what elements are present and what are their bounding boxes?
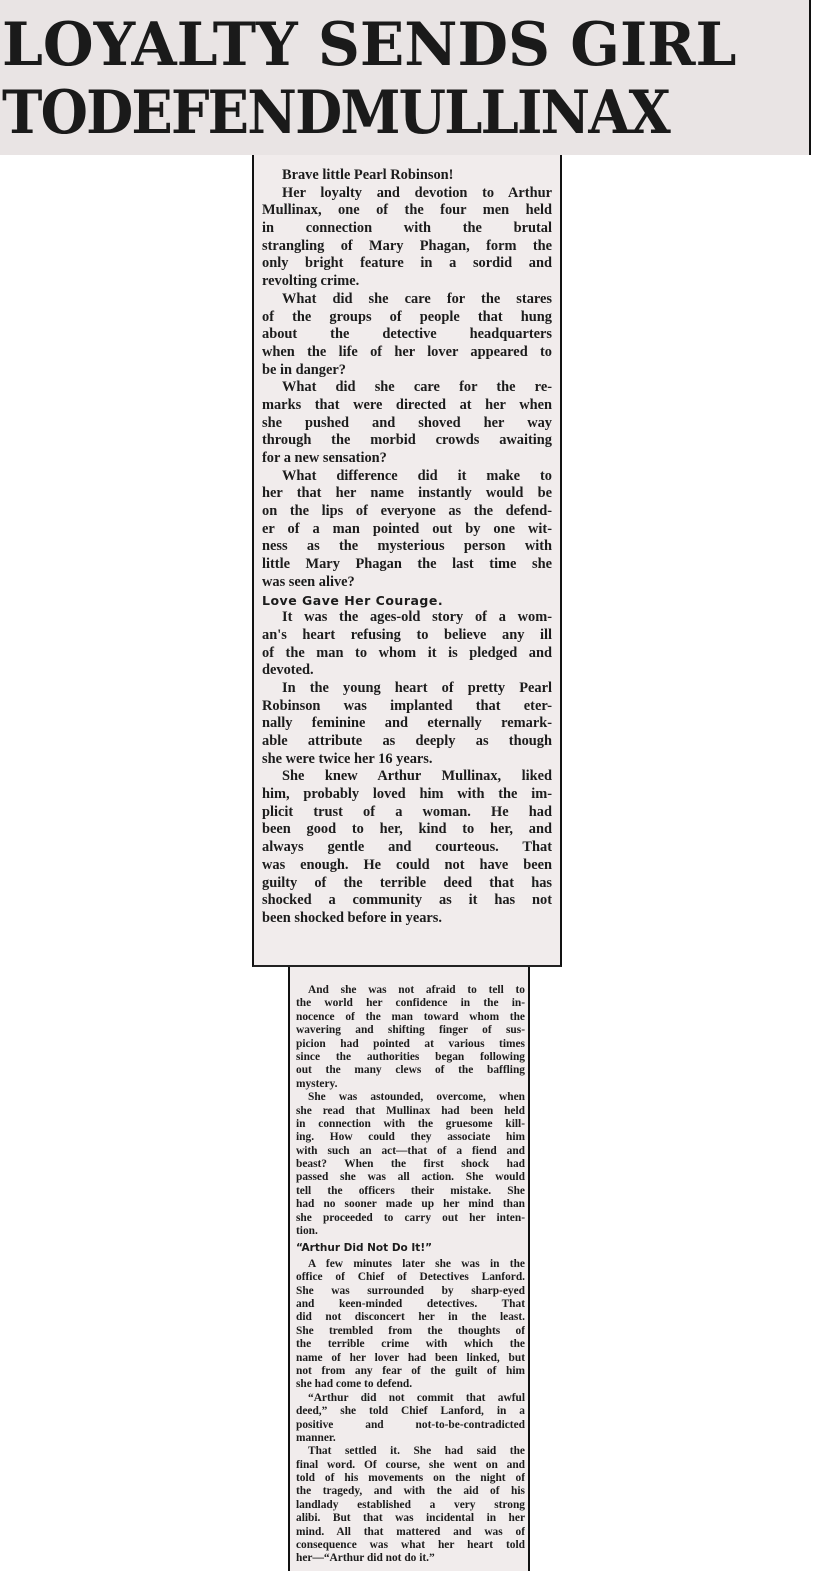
text-line: and keen-minded detectives. That (296, 1298, 525, 1311)
text-line: picion had pointed at various times (296, 1038, 525, 1051)
text-line: consequence was what her heart told (296, 1539, 525, 1552)
paragraph: It was the ages-old story of a wom-an's … (262, 609, 552, 680)
text-line: for a new sensation? (262, 450, 552, 468)
text-line: Brave little Pearl Robinson! (262, 167, 552, 185)
text-line: mystery. (296, 1078, 525, 1091)
article-column-2: And she was not afraid to tell tothe wor… (288, 967, 530, 1571)
text-line: strangling of Mary Phagan, form the (262, 238, 552, 256)
text-line: was seen alive? (262, 574, 552, 592)
text-line: about the detective headquarters (262, 326, 552, 344)
text-line: on the lips of everyone as the defend- (262, 503, 552, 521)
text-line: alibi. But that was incidental in her (296, 1512, 525, 1525)
text-line: deed,” she told Chief Lanford, in a (296, 1405, 525, 1418)
text-line: tell the officers their mistake. She (296, 1185, 525, 1198)
text-line: of the man to whom it is pledged and (262, 645, 552, 663)
text-line: “Arthur did not commit that awful (296, 1392, 525, 1405)
text-line: final word. Of course, she went on and (296, 1459, 525, 1472)
text-line: she read that Mullinax had been held (296, 1105, 525, 1118)
text-line: office of Chief of Detectives Lanford. (296, 1271, 525, 1284)
text-line: been good to her, kind to her, and (262, 821, 552, 839)
text-line: ness as the mysterious person with (262, 538, 552, 556)
text-line: It was the ages-old story of a wom- (262, 609, 552, 627)
text-line: him, probably loved him with the im- (262, 786, 552, 804)
paragraph: What did she care for the re-marks that … (262, 379, 552, 467)
text-line: been shocked before in years. (262, 910, 552, 928)
text-line: “Arthur Did Not Do It!” (296, 1242, 525, 1255)
paragraph: In the young heart of pretty PearlRobins… (262, 680, 552, 768)
text-line: nocence of the man toward whom the (296, 1011, 525, 1024)
text-line: her—“Arthur did not do it.” (296, 1552, 525, 1565)
text-line: she were twice her 16 years. (262, 751, 552, 769)
paragraph: And she was not afraid to tell tothe wor… (296, 984, 525, 1091)
article-column-1: Brave little Pearl Robinson!Her loyalty … (252, 155, 562, 967)
text-line: she had come to defend. (296, 1378, 525, 1391)
text-line: What did she care for the stares (262, 291, 552, 309)
text-line: in connection with the gruesome kill- (296, 1118, 525, 1131)
paragraph: She knew Arthur Mullinax, likedhim, prob… (262, 768, 552, 927)
text-line: Her loyalty and devotion to Arthur (262, 185, 552, 203)
paragraph: What did she care for the staresof the g… (262, 291, 552, 379)
text-line: in connection with the brutal (262, 220, 552, 238)
text-line: She knew Arthur Mullinax, liked (262, 768, 552, 786)
text-line: with such an act—that of a fiend and (296, 1145, 525, 1158)
text-line: mind. All that mattered and was of (296, 1526, 525, 1539)
text-line: the world her confidence in the in- (296, 997, 525, 1010)
text-line: tion. (296, 1225, 525, 1238)
text-line: be in danger? (262, 362, 552, 380)
text-line: revolting crime. (262, 273, 552, 291)
text-line: through the morbid crowds awaiting (262, 432, 552, 450)
text-line: nally feminine and eternally remark- (262, 715, 552, 733)
text-line: landlady established a very strong (296, 1499, 525, 1512)
text-line: marks that were directed at her when (262, 397, 552, 415)
text-line: little Mary Phagan the last time she (262, 556, 552, 574)
text-line: her that her name instantly would be (262, 485, 552, 503)
text-line: of the groups of people that hung (262, 309, 552, 327)
text-line: In the young heart of pretty Pearl (262, 680, 552, 698)
text-line: Robinson was implanted that eter- (262, 698, 552, 716)
text-line: always gentle and courteous. That (262, 839, 552, 857)
text-line: wavering and shifting finger of sus- (296, 1024, 525, 1037)
text-line: devoted. (262, 662, 552, 680)
text-line: an's heart refusing to believe any ill (262, 627, 552, 645)
text-line: positive and not-to-be-contradicted (296, 1419, 525, 1432)
text-line: had no sooner made up her mind than (296, 1198, 525, 1211)
text-line: able attribute as deeply as though (262, 733, 552, 751)
text-line: passed she was all action. She would (296, 1171, 525, 1184)
text-line: And she was not afraid to tell to (296, 984, 525, 997)
text-line: She was surrounded by sharp-eyed (296, 1285, 525, 1298)
text-line: ing. How could they associate him (296, 1131, 525, 1144)
text-line: Mullinax, one of the four men held (262, 202, 552, 220)
text-line: shocked a community as it has not (262, 892, 552, 910)
text-line: Love Gave Her Courage. (262, 592, 552, 610)
text-line: What did she care for the re- (262, 379, 552, 397)
text-line: She trembled from the thoughts of (296, 1325, 525, 1338)
paragraph: She was astounded, overcome, whenshe rea… (296, 1091, 525, 1238)
text-line: er of a man pointed out by one wit- (262, 521, 552, 539)
text-line: did not disconcert her in the least. (296, 1311, 525, 1324)
paragraph: That settled it. She had said thefinal w… (296, 1445, 525, 1566)
text-line: told of his movements on the night of (296, 1472, 525, 1485)
text-line: plicit trust of a woman. He had (262, 804, 552, 822)
text-line: the tragedy, and with the aid of his (296, 1485, 525, 1498)
text-line: She was astounded, overcome, when (296, 1091, 525, 1104)
text-line: out the many clews of the baffling (296, 1064, 525, 1077)
text-line: guilty of the terrible deed that has (262, 875, 552, 893)
text-line: she proceeded to carry out her inten- (296, 1212, 525, 1225)
text-line: was enough. He could not have been (262, 857, 552, 875)
text-line: What difference did it make to (262, 468, 552, 486)
paragraph: A few minutes later she was in theoffice… (296, 1258, 525, 1392)
text-line: since the authorities began following (296, 1051, 525, 1064)
text-line: only bright feature in a sordid and (262, 255, 552, 273)
headline-line-2: TODEFENDMULLINAX (2, 80, 731, 146)
article-column-2-text: And she was not afraid to tell tothe wor… (296, 984, 525, 1566)
paragraph: Her loyalty and devotion to ArthurMullin… (262, 185, 552, 291)
text-line: beast? When the first shock had (296, 1158, 525, 1171)
text-line: That settled it. She had said the (296, 1445, 525, 1458)
paragraph: “Arthur did not commit that awfuldeed,” … (296, 1392, 525, 1446)
headline-banner: LOYALTY SENDS GIRL TODEFENDMULLINAX (0, 0, 811, 155)
text-line: A few minutes later she was in the (296, 1258, 525, 1271)
subheading: “Arthur Did Not Do It!” (296, 1242, 525, 1255)
text-line: she pushed and shoved her way (262, 415, 552, 433)
text-line: when the life of her lover appeared to (262, 344, 552, 362)
paragraph: What difference did it make toher that h… (262, 468, 552, 592)
lead-line: Brave little Pearl Robinson! (262, 167, 552, 185)
text-line: not from any fear of the guilt of him (296, 1365, 525, 1378)
headline-line-1: LOYALTY SENDS GIRL (2, 12, 784, 78)
text-line: manner. (296, 1432, 525, 1445)
text-line: the terrible crime with which the (296, 1338, 525, 1351)
article-column-1-text: Brave little Pearl Robinson!Her loyalty … (262, 167, 552, 928)
text-line: name of her lover had been linked, but (296, 1352, 525, 1365)
subheading: Love Gave Her Courage. (262, 592, 552, 610)
